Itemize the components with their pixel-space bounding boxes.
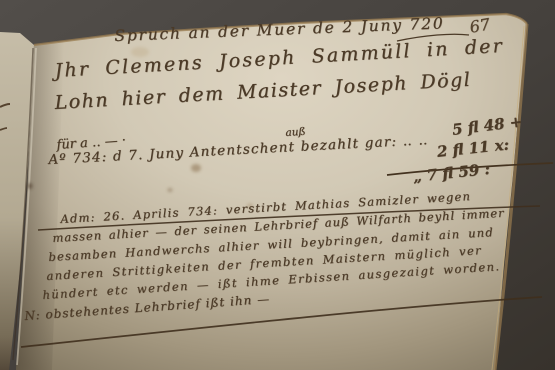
fox-spot [28, 183, 33, 189]
manuscript-photo: Spruch an der Muer de 2 Juny 720 67 Jhr … [0, 0, 555, 370]
superscript-word: auß [285, 126, 306, 139]
fox-spot [191, 164, 201, 172]
fox-spot [168, 188, 173, 192]
page-number: 67 [468, 14, 491, 36]
